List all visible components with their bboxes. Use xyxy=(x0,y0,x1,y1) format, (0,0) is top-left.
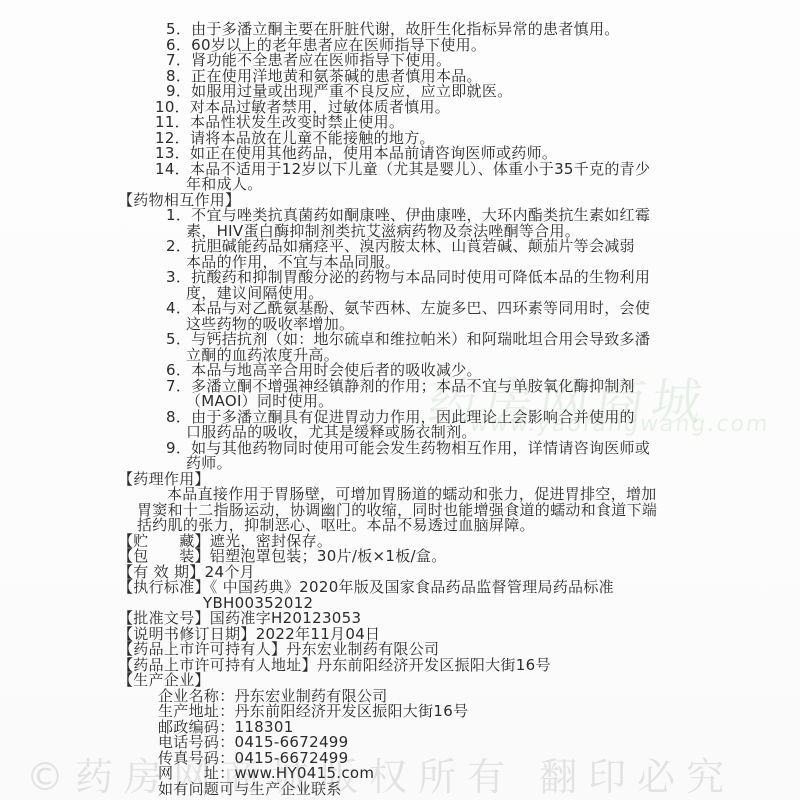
doc-line: 【药品上市许可持有人地址】丹东前阳经济开发区振阳大街16号 xyxy=(118,658,800,674)
doc-line: 如有问题可与生产企业联系 xyxy=(158,782,800,798)
doc-line: 药师。 xyxy=(186,456,800,472)
leaflet-text-body: 5．由于多潘立酮主要在肝脏代谢，故肝生化指标异常的患者慎用。6．60岁以上的老年… xyxy=(0,0,800,797)
doc-line: 9．如与其他药物同时使用可能会发生药物相互作用，详情请咨询医师或 xyxy=(166,441,800,457)
leaflet-page: 药房网商城 www.yaofangwang.com ©药房网商城版权所有 翻印必… xyxy=(0,0,800,800)
doc-line: 年和成人。 xyxy=(186,177,800,193)
